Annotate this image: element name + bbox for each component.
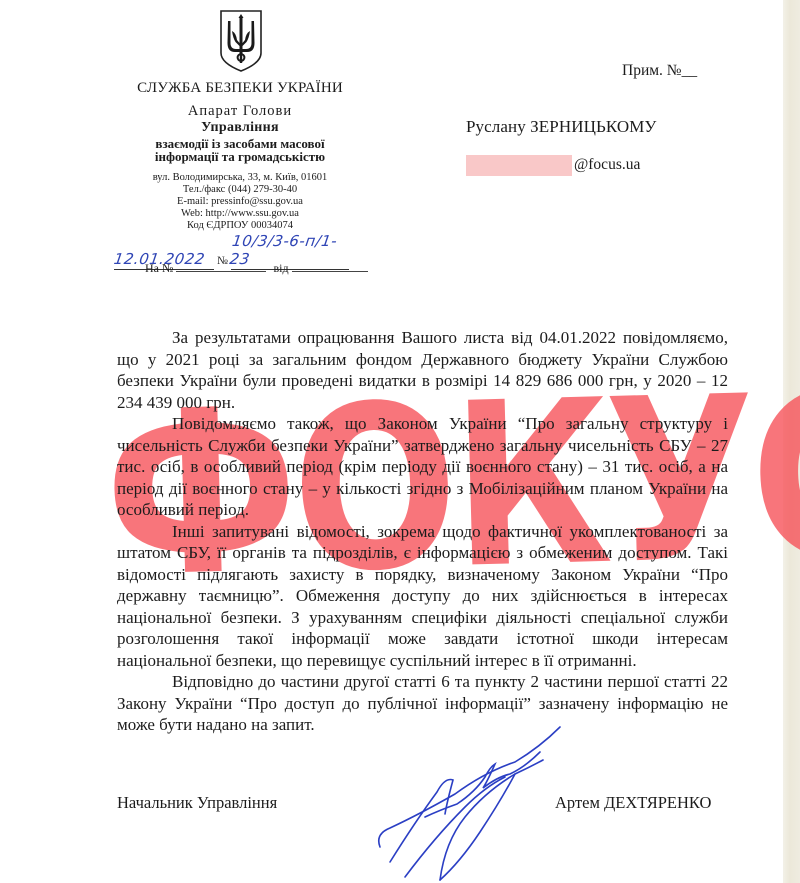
unit-name: Апарат Голови	[120, 103, 360, 120]
department-line-3: інформації та громадськістю	[120, 150, 360, 164]
letter-body: За результатами опрацювання Вашого листа…	[117, 327, 728, 736]
recipient-email-domain: @focus.ua	[574, 156, 640, 174]
registration-line: 12.01.2022 № 10/3/3-6-п/1-23	[114, 232, 354, 256]
paragraph-headcount: Повідомляємо також, що Законом України “…	[117, 413, 728, 521]
reference-line: На № від	[145, 260, 368, 276]
address-phone: Тел./факс (044) 279-30-40	[120, 184, 360, 196]
from-label: від	[273, 261, 288, 275]
paragraph-restricted: Інші запитувані відомості, зокрема щодо …	[117, 521, 728, 672]
recipient-name: Руслану ЗЕРНИЦЬКОМУ	[466, 117, 657, 137]
signatory-name: Артем ДЕХТЯРЕНКО	[555, 793, 711, 813]
trident-coat-of-arms-icon	[219, 9, 263, 73]
paragraph-legal-basis: Відповідно до частини другої статті 6 та…	[117, 671, 728, 736]
address-email: E-mail: pressinfo@ssu.gov.ua	[120, 196, 360, 208]
from-date-blank	[292, 260, 368, 272]
handwritten-signature	[365, 722, 565, 882]
paragraph-budget: За результатами опрацювання Вашого листа…	[117, 327, 728, 413]
note-number: Прим. №__	[622, 62, 697, 80]
address-edrpou: Код ЄДРПОУ 00034074	[120, 220, 360, 232]
on-number-label: На №	[145, 261, 173, 275]
address-street: вул. Володимирська, 33, м. Київ, 01601	[120, 172, 360, 184]
email-redaction-box	[466, 155, 572, 176]
department-line-1: Управління	[120, 121, 360, 135]
organization-name: СЛУЖБА БЕЗПЕКИ УКРАЇНИ	[120, 80, 360, 97]
address-web: Web: http://www.ssu.gov.ua	[120, 208, 360, 220]
signatory-position: Начальник Управління	[117, 793, 277, 813]
on-number-blank	[176, 260, 266, 272]
